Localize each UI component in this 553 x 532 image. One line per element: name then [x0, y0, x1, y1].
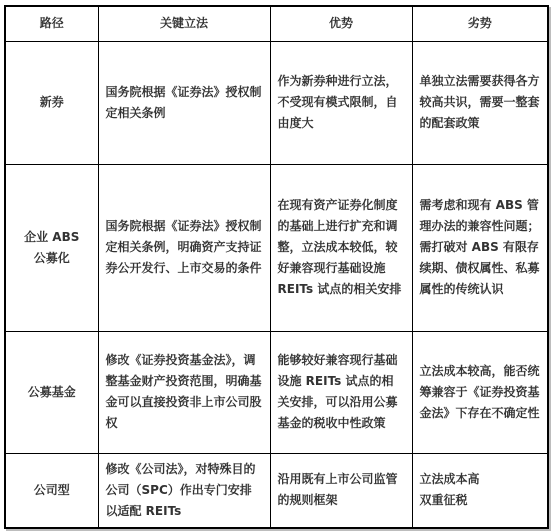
document-page: 路径 关键立法 优势 劣势 新券 国务院根据《证券法》授权制定相关条例 作为新券…: [0, 0, 553, 532]
cell-legislation: 修改《公司法》，对特殊目的公司（SPC）作出专门安排以适配 REITs: [98, 453, 270, 528]
cell-disadvantages: 单独立法需要获得各方较高共识，需要一整套的配套政策: [412, 41, 548, 164]
cell-path: 企业 ABS 公募化: [5, 164, 98, 331]
cell-advantages: 能够较好兼容现行基础设施 REITs 试点的相关安排，可以沿用公募基金的税收中性…: [270, 331, 412, 453]
cell-path: 公募基金: [5, 331, 98, 453]
header-row: 路径 关键立法 优势 劣势: [5, 6, 548, 41]
table-row: 公募基金 修改《证券投资基金法》，调整基金财产投资范围，明确基金可以直接投资非上…: [5, 331, 548, 453]
column-header-disadvantages: 劣势: [412, 6, 548, 41]
cell-disadvantages: 立法成本较高，能否统筹兼容于《证券投资基金法》下存在不确定性: [412, 331, 548, 453]
column-header-advantages: 优势: [270, 6, 412, 41]
table-row: 公司型 修改《公司法》，对特殊目的公司（SPC）作出专门安排以适配 REITs …: [5, 453, 548, 528]
table-row: 企业 ABS 公募化 国务院根据《证券法》授权制定相关条例，明确资产支持证券公开…: [5, 164, 548, 331]
cell-disadvantages: 需考虑和现有 ABS 管理办法的兼容性问题；需打破对 ABS 有限存续期、债权属…: [412, 164, 548, 331]
column-header-path: 路径: [5, 6, 98, 41]
cell-legislation: 国务院根据《证券法》授权制定相关条例: [98, 41, 270, 164]
cell-advantages: 作为新券种进行立法，不受现有模式限制，自由度大: [270, 41, 412, 164]
cell-legislation: 修改《证券投资基金法》，调整基金财产投资范围，明确基金可以直接投资非上市公司股权: [98, 331, 270, 453]
reits-path-comparison-table: 路径 关键立法 优势 劣势 新券 国务院根据《证券法》授权制定相关条例 作为新券…: [4, 5, 549, 529]
cell-advantages: 在现有资产证券化制度的基础上进行扩充和调整，立法成本较低，较好兼容现行基础设施 …: [270, 164, 412, 331]
cell-disadvantages: 立法成本高 双重征税: [412, 453, 548, 528]
table-row: 新券 国务院根据《证券法》授权制定相关条例 作为新券种进行立法，不受现有模式限制…: [5, 41, 548, 164]
cell-advantages: 沿用既有上市公司监管的规则框架: [270, 453, 412, 528]
cell-path: 新券: [5, 41, 98, 164]
column-header-legislation: 关键立法: [98, 6, 270, 41]
cell-path: 公司型: [5, 453, 98, 528]
cell-legislation: 国务院根据《证券法》授权制定相关条例，明确资产支持证券公开发行、上市交易的条件: [98, 164, 270, 331]
